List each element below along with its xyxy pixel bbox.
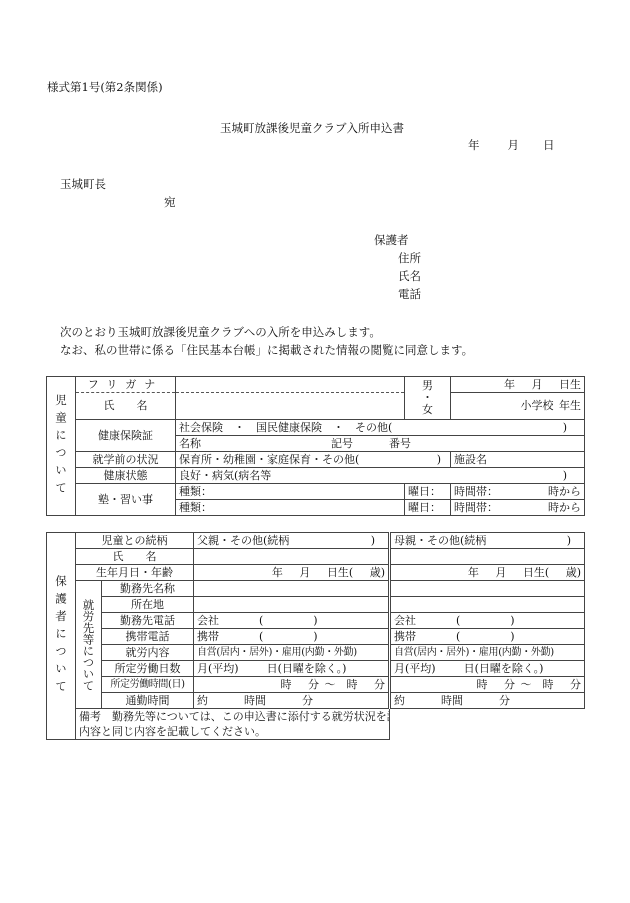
date-day: 日 [543,137,555,153]
statement-apply: 次のとおり玉城町放課後児童クラブへの入所を申込みします。 [60,324,381,340]
mother-location-field[interactable] [390,597,585,613]
document-title: 玉城町放課後児童クラブ入所申込書 [0,120,627,136]
child-info-table: 児童について フリガナ 男 ・ 女 年 月 日生 氏 名 小学校 年生 健康保険… [46,376,585,516]
father-location-field[interactable] [194,597,390,613]
mother-name-field[interactable] [390,549,585,565]
application-date: 年月日 [468,137,555,153]
child-name-field[interactable] [176,393,405,420]
furigana-field[interactable] [176,377,405,393]
mother-employer-field[interactable] [390,581,585,597]
father-name-field[interactable] [194,549,390,565]
father-workdays-field[interactable]: 月(平均)日(日曜を除く。) [194,661,390,677]
job-label: 就労内容 [102,645,194,661]
health-label: 健康状態 [76,468,176,484]
lessons-label: 塾・習い事 [76,484,176,516]
mother-relation-field[interactable]: 母親・その他(続柄) [390,533,585,549]
workdays-label: 所定労働日数 [102,661,194,677]
father-workhours-field[interactable]: 時 分 ～ 時 分 [194,677,390,693]
insurance-label: 健康保険証 [76,420,176,452]
mother-mobile-field[interactable]: 携帯() [390,629,585,645]
facility-name-field[interactable]: 施設名 [451,452,585,468]
date-month: 月 [508,137,520,153]
mother-work-phone-field[interactable]: 会社() [390,613,585,629]
guardian-heading: 保護者 [374,232,409,248]
birth-age-label: 生年月日・年齢 [76,565,194,581]
guardian-name-label: 氏 名 [76,549,194,565]
lesson-1-time-field[interactable]: 時間帯：時から [451,484,585,500]
form-number: 様式第1号(第2条関係) [47,79,163,95]
guardian-name-label: 氏名 [398,268,421,284]
birthdate-field[interactable]: 年 月 日生 [451,377,585,393]
school-grade-field[interactable]: 小学校 年生 [451,393,585,420]
lesson-2-kind-field[interactable]: 種類： [176,500,405,516]
honorific: 宛 [164,194,176,210]
mother-workhours-field[interactable]: 時 分 ～ 時 分 [390,677,585,693]
guardian-section-label: 保護者について [47,533,76,740]
father-work-phone-field[interactable]: 会社() [194,613,390,629]
guardian-address-label: 住所 [398,250,421,266]
mother-commute-field[interactable]: 約時間分 [390,693,585,709]
remarks-note: 備考 勤務先等については、この申込書に添付する就労状況を証明する書類に記載された… [76,709,390,740]
date-year: 年 [468,137,480,153]
work-section-label: 就労先等について [76,581,102,709]
commute-label: 通勤時間 [102,693,194,709]
guardian-phone-label: 電話 [398,286,421,302]
mother-birth-field[interactable]: 年 月 日生( 歳) [390,565,585,581]
statement-consent: なお、私の世帯に係る「住民基本台帳」に掲載された情報の閲覧に同意します。 [60,342,473,358]
child-section-label: 児童について [47,377,76,516]
lesson-1-day-field[interactable]: 曜日： [405,484,451,500]
relation-label: 児童との続柄 [76,533,194,549]
mother-job-field[interactable]: 自営(居内・居外)・雇用(内勤・外勤) [390,645,585,661]
work-phone-label: 勤務先電話 [102,613,194,629]
father-commute-field[interactable]: 約時間分 [194,693,390,709]
health-status-field[interactable]: 良好・病気(病名等) [176,468,585,484]
addressee: 玉城町長 [60,176,106,192]
mobile-label: 携帯電話 [102,629,194,645]
father-employer-field[interactable] [194,581,390,597]
lesson-2-time-field[interactable]: 時間帯：時から [451,500,585,516]
employer-label: 勤務先名称 [102,581,194,597]
insurance-detail-field[interactable]: 名称記号番号 [176,436,585,452]
workhours-label: 所定労働時間(日) [102,677,194,693]
father-job-field[interactable]: 自営(居内・居外)・雇用(内勤・外勤) [194,645,390,661]
child-name-label: 氏 名 [76,393,176,420]
furigana-label: フリガナ [76,377,176,393]
insurance-type-field[interactable]: 社会保険 ・ 国民健康保険 ・ その他() [176,420,585,436]
guardian-info-table: 保護者について 児童との続柄 父親・その他(続柄) 母親・その他(続柄) 氏 名… [46,532,585,740]
gender-field[interactable]: 男 ・ 女 [405,377,451,420]
preschool-label: 就学前の状況 [76,452,176,468]
father-relation-field[interactable]: 父親・その他(続柄) [194,533,390,549]
father-mobile-field[interactable]: 携帯() [194,629,390,645]
lesson-1-kind-field[interactable]: 種類： [176,484,405,500]
mother-workdays-field[interactable]: 月(平均)日(日曜を除く。) [390,661,585,677]
lesson-2-day-field[interactable]: 曜日： [405,500,451,516]
location-label: 所在地 [102,597,194,613]
preschool-status-field[interactable]: 保育所・幼稚園・家庭保育・その他() [176,452,451,468]
father-birth-field[interactable]: 年 月 日生( 歳) [194,565,390,581]
